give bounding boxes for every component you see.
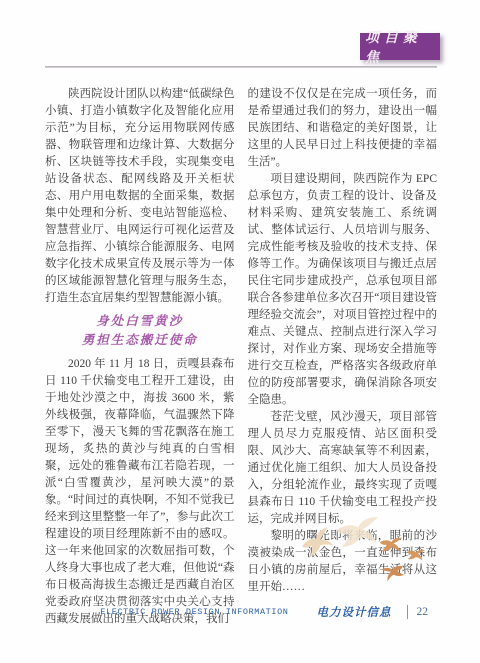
section-badge-label: 项目聚焦 — [360, 27, 440, 67]
subheading-line-2: 勇担生态搬迁使命 — [45, 331, 235, 350]
page-footer: ELECTRIC POWER DESIGN INFORMATION 电力设计信息… — [100, 603, 428, 621]
paragraph-quote-continued: 的建设不仅仅是在完成一项任务，而是希望通过我们的努力，建设出一幅民族团结、和谐稳… — [248, 86, 438, 171]
paragraph-groundbreaking: 2020 年 11 月 18 日，贡嘎县森布日 110 千伏输变电工程开工建设，… — [45, 356, 235, 628]
dove-icon — [331, 501, 386, 563]
left-column: 陕西院设计团队以构建“低碳绿色小镇、打造小镇数字化及智能化应用示范”为目标，充分… — [45, 86, 235, 628]
paragraph-intro: 陕西院设计团队以构建“低碳绿色小镇、打造小镇数字化及智能化应用示范”为目标，充分… — [45, 86, 235, 307]
journal-name-chinese: 电力设计信息 — [317, 604, 392, 620]
paragraph-epc: 项目建设期间，陕西院作为 EPC 总承包方，负责工程的设计、设备及材料采购、建筑… — [248, 171, 438, 409]
footer-divider — [407, 605, 408, 619]
magazine-page: 项目聚焦 陕西院设计团队以构建“低碳绿色小镇、打造小镇数字化及智能化应用示范”为… — [0, 0, 480, 663]
page-number: 22 — [417, 606, 429, 618]
section-badge: 项目聚焦 — [360, 33, 440, 60]
header-divider — [45, 66, 437, 68]
section-subheading: 身处白雪黄沙 勇担生态搬迁使命 — [45, 312, 235, 350]
journal-name-english: ELECTRIC POWER DESIGN INFORMATION — [100, 607, 288, 617]
subheading-line-1: 身处白雪黄沙 — [45, 312, 235, 331]
